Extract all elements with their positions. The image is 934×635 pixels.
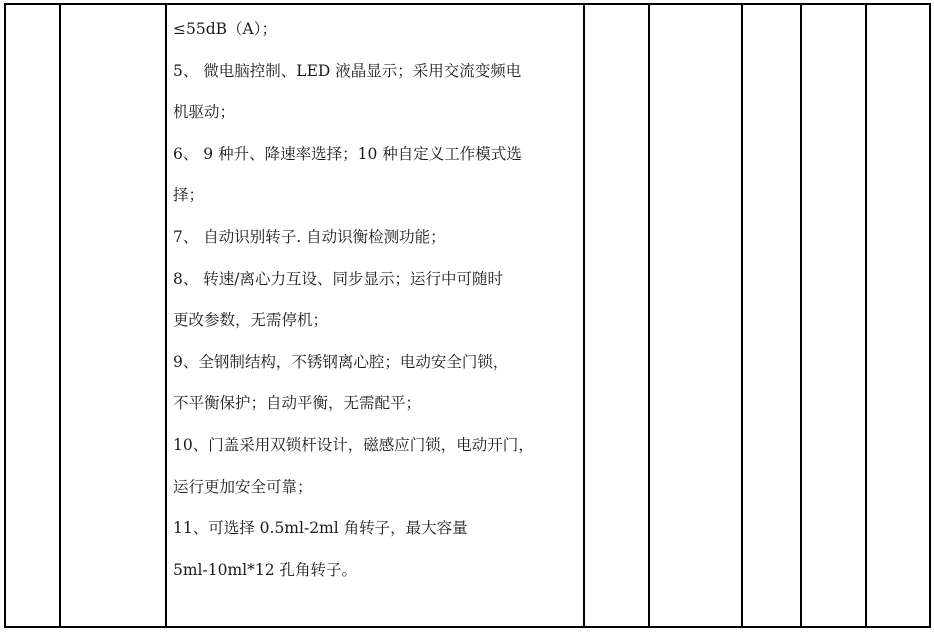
- cell-specification: ≤55dB（A）； 5、 微电脑控制、LED 液晶显示；采用交流变频电 机驱动；…: [166, 4, 584, 627]
- spec-line: 不平衡保护；自动平衡，无需配平；: [173, 383, 579, 425]
- table-row: ≤55dB（A）； 5、 微电脑控制、LED 液晶显示；采用交流变频电 机驱动；…: [5, 4, 930, 627]
- spec-line: 5、 微电脑控制、LED 液晶显示；采用交流变频电: [173, 51, 579, 93]
- document-page: ≤55dB（A）； 5、 微电脑控制、LED 液晶显示；采用交流变频电 机驱动；…: [0, 0, 934, 635]
- cell-col4: [584, 4, 649, 627]
- cell-item-name: [60, 4, 166, 627]
- spec-line: 9、全钢制结构，不锈钢离心腔；电动安全门锁，: [173, 342, 579, 384]
- cell-col7: [801, 4, 866, 627]
- cell-index: [5, 4, 60, 627]
- spec-line: 10、门盖采用双锁杆设计，磁感应门锁，电动开门，: [173, 425, 579, 467]
- spec-line: 更改参数，无需停机；: [173, 300, 579, 342]
- spec-line: 11、可选择 0.5ml-2ml 角转子，最大容量: [173, 508, 579, 550]
- cell-col5: [649, 4, 742, 627]
- spec-line: 运行更加安全可靠；: [173, 467, 579, 509]
- spec-line: 机驱动；: [173, 92, 579, 134]
- spec-line: 6、 9 种升、降速率选择；10 种自定义工作模式选: [173, 134, 579, 176]
- cell-col8: [866, 4, 930, 627]
- specification-list: ≤55dB（A）； 5、 微电脑控制、LED 液晶显示；采用交流变频电 机驱动；…: [173, 5, 579, 591]
- cell-col6: [742, 4, 801, 627]
- spec-line: 7、 自动识别转子. 自动识衡检测功能；: [173, 217, 579, 259]
- spec-line: 择；: [173, 175, 579, 217]
- specification-table: ≤55dB（A）； 5、 微电脑控制、LED 液晶显示；采用交流变频电 机驱动；…: [4, 3, 931, 628]
- spec-line: 8、 转速/离心力互设、同步显示；运行中可随时: [173, 259, 579, 301]
- spec-line: 5ml-10ml*12 孔角转子。: [173, 550, 579, 592]
- spec-line: ≤55dB（A）；: [173, 9, 579, 51]
